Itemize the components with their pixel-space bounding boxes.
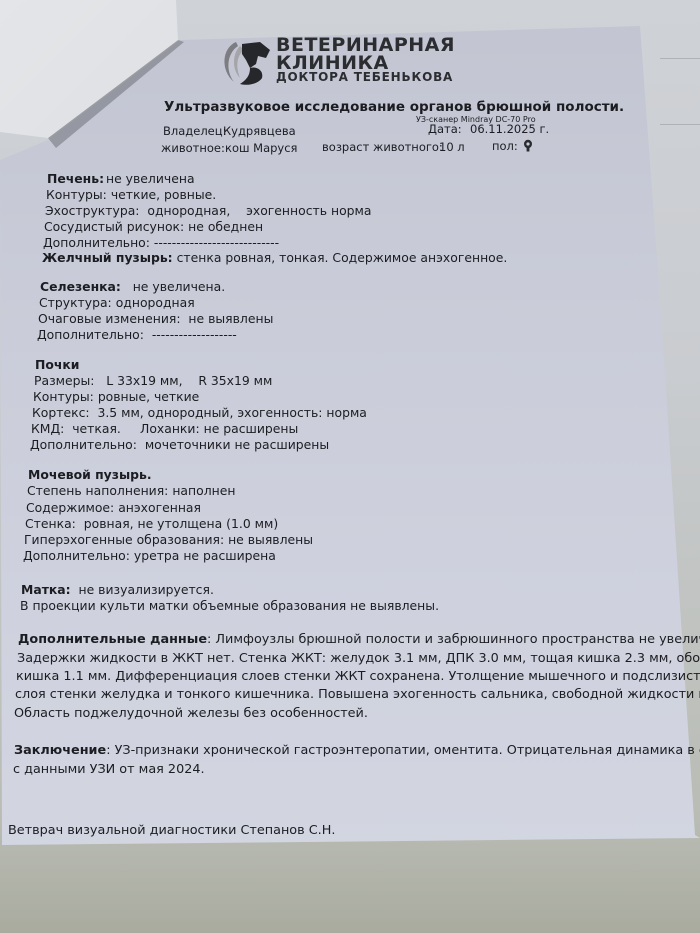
age-label: возраст животного: [322,140,443,154]
bladder-additional-value: уретра не расширена [134,548,276,563]
kidneys-additional-label: Дополнительно: [30,437,137,452]
additional-data-title: Дополнительные данные [18,632,207,647]
kidneys-contours-label: Контуры: [33,389,94,404]
kidneys-title: Почки [35,357,79,372]
additional-data-line: Задержки жидкости в ЖКТ нет. Стенка ЖКТ:… [17,651,700,666]
owner-label: Владелец: [163,124,226,138]
clinic-name-line3: ДОКТОРА ТЕБЕНЬКОВА [276,70,453,84]
age-value: 10 л [439,140,465,154]
bladder-wall-label: Стенка: [25,516,76,531]
additional-data-line: кишка 1.1 мм. Дифференциация слоев стенк… [16,669,700,684]
animal-label: животное: [161,141,225,155]
spleen-focal-value: не выявлены [188,311,273,326]
liver-echostructure-label: Эхоструктура: [45,203,139,218]
spleen-focal-label: Очаговые изменения: [38,311,181,326]
spleen-structure-label: Структура: [39,295,112,310]
liver-vascular-label: Сосудистый рисунок: [44,219,184,234]
kidneys-cmd-value: четкая. [72,421,121,436]
conclusion-line: : УЗ-признаки хронической гастроэнтеропа… [106,743,700,758]
gallbladder-title: Желчный пузырь: [42,250,173,265]
liver-vascular-value: не обеднен [188,219,263,234]
bladder-wall-value: ровная, не утолщена (1.0 мм) [84,516,278,531]
bladder-hyperechoic-label: Гиперэхогенные образования: [24,532,224,547]
spleen-structure-value: однородная [116,295,195,310]
kidneys-additional-value: мочеточники не расширены [145,437,329,452]
ultrasound-report: ВЕТЕРИНАРНАЯ КЛИНИКА ДОКТОРА ТЕБЕНЬКОВА … [0,0,700,933]
date-value: 06.11.2025 г. [470,122,549,136]
uterus-title: Матка: [21,582,71,597]
kidney-left-size: L 33x19 мм, [106,373,182,388]
spleen-additional-value: ------------------- [152,327,237,342]
liver-title: Печень: [47,171,104,186]
kidneys-cortex-value: 3.5 мм, однородный, эхогенность: норма [97,405,366,420]
bladder-additional-label: Дополнительно: [23,548,130,563]
kidneys-pelvis-label: Лоханки: [140,421,200,436]
liver-echostructure-value: однородная, [147,203,230,218]
additional-data-line: Область поджелудочной железы без особенн… [14,706,368,721]
additional-data-line: : Лимфоузлы брюшной полости и забрюшинно… [207,632,700,647]
liver-size: не увеличена [106,171,195,186]
date-label: Дата: [428,122,462,136]
kidney-right-size: R 35x19 мм [198,373,272,388]
sex-label: пол: [492,139,518,153]
conclusion-title: Заключение [14,743,106,758]
bladder-filling-value: наполнен [172,483,235,498]
kidneys-cmd-label: КМД: [31,421,64,436]
kidneys-cortex-label: Кортекс: [32,405,90,420]
spleen-size: не увеличена. [133,279,225,294]
bladder-filling-label: Степень наполнения: [27,483,168,498]
liver-additional-label: Дополнительно: [43,235,150,250]
bladder-contents-label: Содержимое: [26,500,114,515]
bladder-hyperechoic-value: не выявлены [228,532,313,547]
doctor-signature: Ветврач визуальной диагностики Степанов … [8,823,335,838]
dog-cat-logo-icon [216,38,276,88]
spleen-additional-label: Дополнительно: [37,327,144,342]
conclusion-line: с данными УЗИ от мая 2024. [13,762,205,777]
liver-echogenicity: эхогенность норма [246,203,371,218]
uterus-value: не визуализируется. [79,582,214,597]
owner-value: Кудрявцева [223,124,296,138]
liver-contours-value: четкие, ровные. [111,187,216,202]
report-title: Ультразвуковое исследование органов брюш… [164,99,624,115]
animal-value: кош Маруся [225,141,297,155]
kidneys-contours-value: ровные, четкие [98,389,199,404]
liver-additional-value: ---------------------------- [154,235,279,250]
female-symbol-icon [523,139,533,152]
bladder-title: Мочевой пузырь. [28,467,152,482]
kidneys-pelvis-value: не расширены [204,421,299,436]
liver-contours-label: Контуры: [46,187,107,202]
spleen-title: Селезенка: [40,279,121,294]
kidneys-sizes-label: Размеры: [34,373,94,388]
gallbladder-value: стенка ровная, тонкая. Содержимое анэхог… [177,250,508,265]
uterus-note: В проекции культи матки объемные образов… [20,598,439,613]
additional-data-line: слоя стенки желудка и тонкого кишечника.… [15,687,700,702]
bladder-contents-value: анэхогенная [118,500,201,515]
